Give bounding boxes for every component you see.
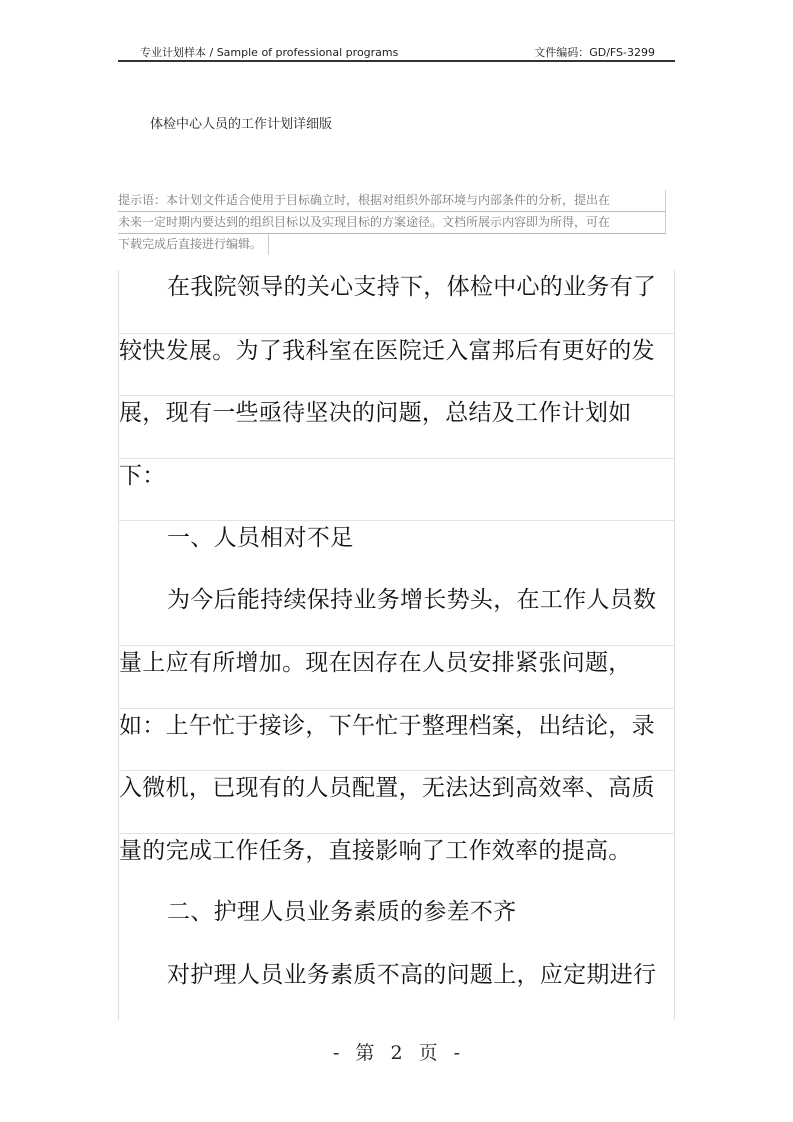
body-line-text: 下： xyxy=(119,461,166,491)
body-line: 在我院领导的关心支持下，体检中心的业务有了 xyxy=(118,270,675,333)
hint-line: 提示语：本计划文件适合使用于目标确立时，根据对组织外部环境与内部条件的分析，提出… xyxy=(118,190,666,212)
body-line: 如：上午忙于接诊，下午忙于整理档案，出结论，录 xyxy=(118,708,675,771)
body-line: 量上应有所增加。现在因存在人员安排紧张问题， xyxy=(118,645,675,708)
section-heading-text: 一、人员相对不足 xyxy=(167,523,353,553)
page-number-footer: - 第 2 页 - xyxy=(0,1038,793,1065)
body-line: 展，现有一些亟待坚决的问题，总结及工作计划如 xyxy=(118,395,675,458)
section-heading-text: 二、护理人员业务素质的参差不齐 xyxy=(167,897,517,927)
body-line: 量的完成工作任务，直接影响了工作效率的提高。 xyxy=(118,833,675,896)
header-doc-code: 文件编码：GD/FS-3299 xyxy=(534,44,655,60)
section-heading: 二、护理人员业务素质的参差不齐 xyxy=(118,895,675,958)
body-line-text: 为今后能持续保持业务增长势头，在工作人员数 xyxy=(167,585,656,615)
body-line: 入微机，已现有的人员配置，无法达到高效率、高质 xyxy=(118,770,675,833)
body-line-text: 如：上午忙于接诊，下午忙于整理档案，出结论，录 xyxy=(119,711,655,741)
body-line: 较快发展。为了我科室在医院迁入富邦后有更好的发 xyxy=(118,333,675,396)
page-header: 专业计划样本 / Sample of professional programs… xyxy=(118,40,675,62)
hint-block: 提示语：本计划文件适合使用于目标确立时，根据对组织外部环境与内部条件的分析，提出… xyxy=(118,190,666,255)
body-line-text: 展，现有一些亟待坚决的问题，总结及工作计划如 xyxy=(119,398,632,428)
body-line-text: 较快发展。为了我科室在医院迁入富邦后有更好的发 xyxy=(119,336,655,366)
header-series-label: 专业计划样本 / Sample of professional programs xyxy=(140,44,398,60)
document-body: 在我院领导的关心支持下，体检中心的业务有了 较快发展。为了我科室在医院迁入富邦后… xyxy=(118,270,675,1020)
body-line: 为今后能持续保持业务增长势头，在工作人员数 xyxy=(118,583,675,646)
body-line-text: 对护理人员业务素质不高的问题上，应定期进行 xyxy=(167,960,656,990)
body-line-text: 在我院领导的关心支持下，体检中心的业务有了 xyxy=(167,272,656,302)
hint-line: 未来一定时期内要达到的组织目标以及实现目标的方案途径。文档所展示内容即为所得，可… xyxy=(118,212,666,234)
body-line: 对护理人员业务素质不高的问题上，应定期进行 xyxy=(118,958,675,1021)
body-line-text: 入微机，已现有的人员配置，无法达到高效率、高质 xyxy=(119,773,655,803)
section-heading: 一、人员相对不足 xyxy=(118,520,675,583)
body-line-text: 量的完成工作任务，直接影响了工作效率的提高。 xyxy=(119,836,632,866)
body-line: 下： xyxy=(118,458,675,521)
hint-line: 下载完成后直接进行编辑。 xyxy=(118,234,269,255)
body-line-text: 量上应有所增加。现在因存在人员安排紧张问题， xyxy=(119,648,632,678)
document-title: 体检中心人员的工作计划详细版 xyxy=(150,113,332,132)
